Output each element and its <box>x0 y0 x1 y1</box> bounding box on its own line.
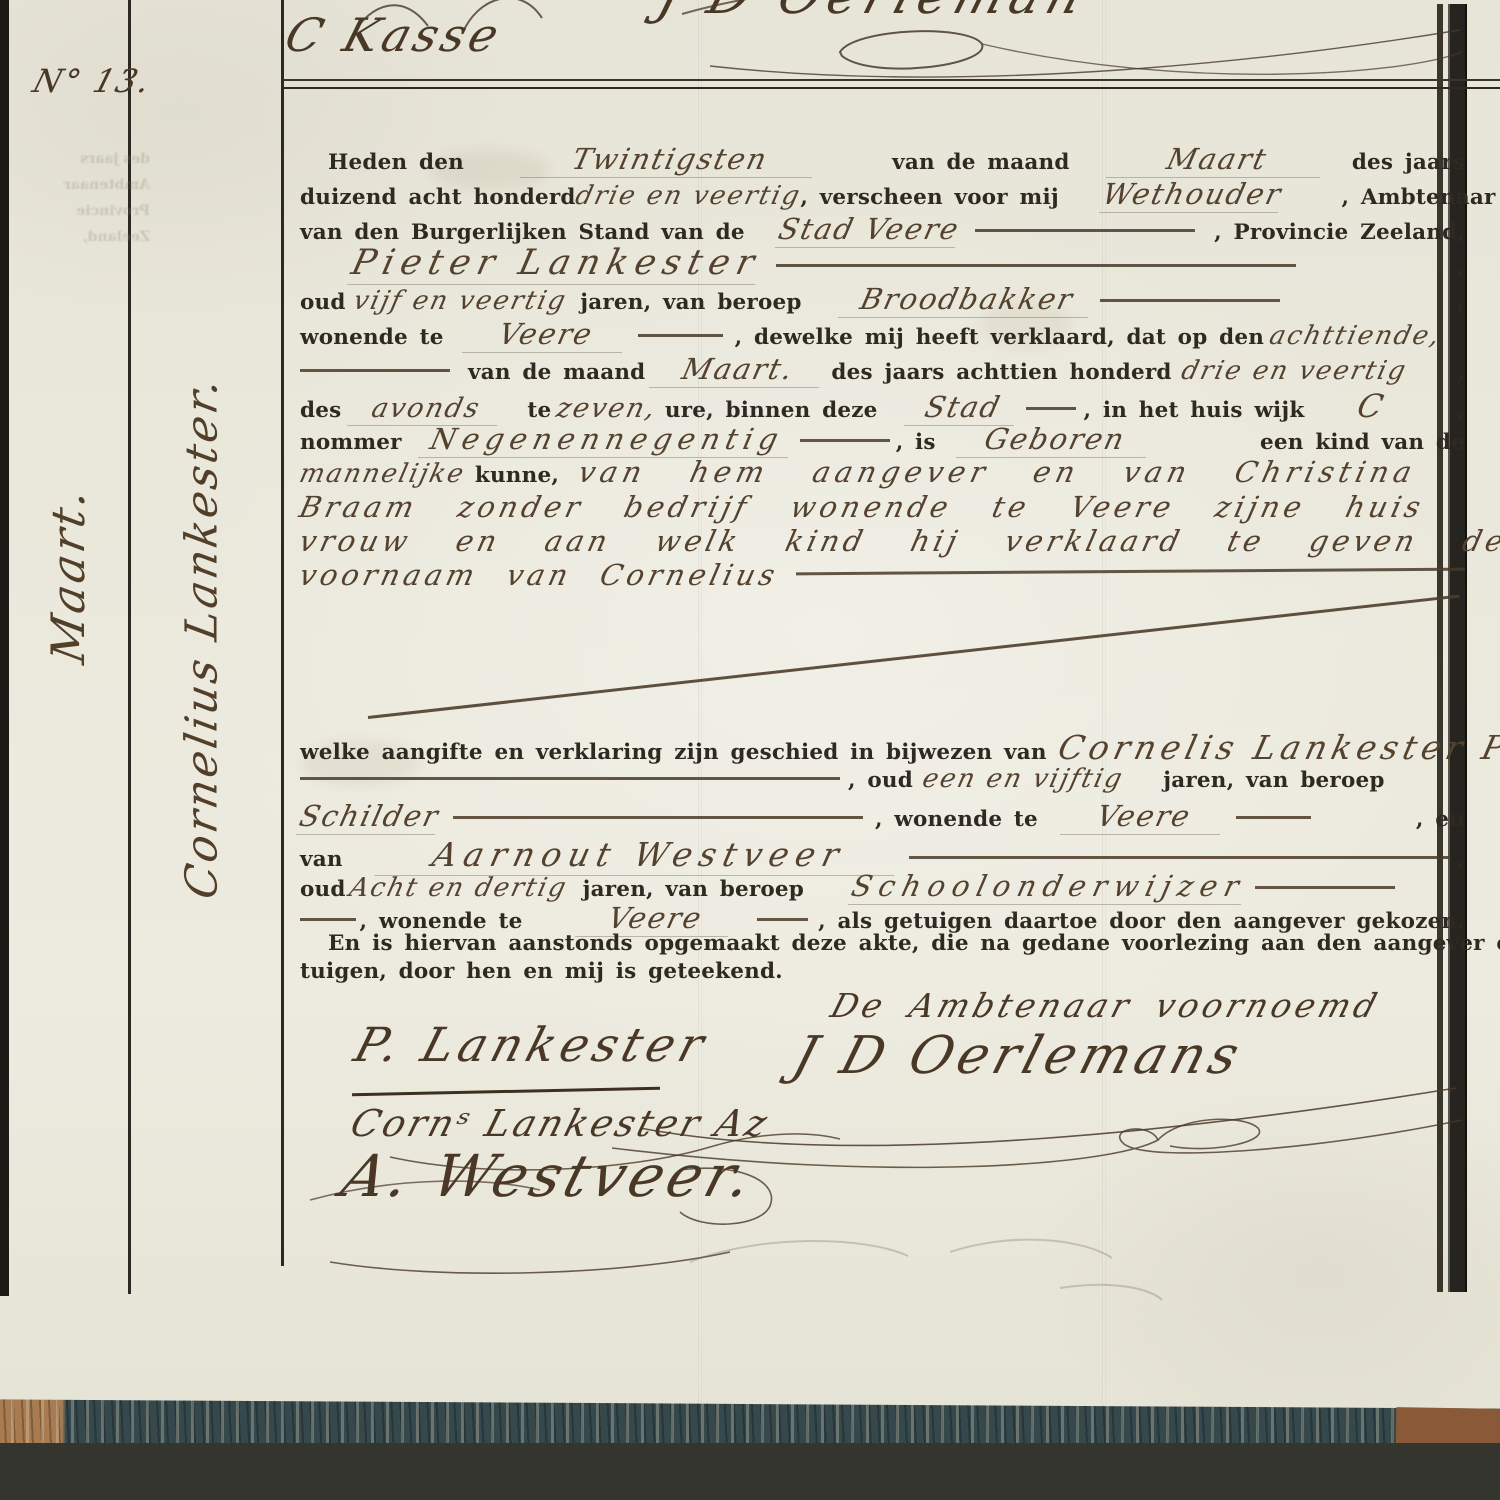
form-line-18: oud Acht en dertig jaren, van beroep Sch… <box>300 869 1465 905</box>
form-line-7: van de maand Maart. des jaars achttien h… <box>300 352 1465 388</box>
print-text: jaren, van beroep <box>583 877 804 902</box>
handwritten-day: Twintigsten <box>520 142 820 178</box>
filler-line <box>757 918 808 921</box>
margin-month-label: Maart. <box>41 390 95 760</box>
handwritten-birth-month: Maart. <box>649 352 827 388</box>
filler-line <box>800 439 890 442</box>
filler-line <box>1255 886 1395 889</box>
filler-line <box>638 334 723 337</box>
print-text: , oud <box>848 768 913 793</box>
previous-act-signature-right: J D Oerleman <box>651 0 1095 26</box>
form-line-11: Braam zonder bedrijf wonende te Veere zi… <box>300 490 1465 524</box>
handwritten-parents: van hem aangever en van Christina <box>575 455 1420 489</box>
print-text: , dewelke mij heeft verklaard, dat op de… <box>735 325 1264 350</box>
filler-line <box>1236 816 1311 819</box>
print-text: , is <box>896 430 936 455</box>
form-line-10: mannelijke kunne, van hem aangever en va… <box>300 455 1465 489</box>
handwritten-birth-day: achttiende, <box>1267 321 1444 351</box>
handwritten-month: Maart <box>1105 142 1328 178</box>
handwritten-hour: zeven, <box>554 393 661 424</box>
handwritten-residence: Veere <box>461 317 629 353</box>
print-text: van de maand <box>468 360 645 385</box>
form-line-14: welke aangifte en verklaring zijn geschi… <box>300 728 1465 767</box>
print-text: , in het huis wijk <box>1084 398 1305 423</box>
scan-backdrop <box>0 1443 1500 1500</box>
filler-line <box>1100 299 1280 302</box>
handwritten-witness2-occupation: Schoolonderwijzer <box>848 869 1249 905</box>
handwritten-declarant-name: Pieter Lankester <box>347 243 765 285</box>
print-text: des jaars <box>1352 150 1465 175</box>
form-line-9: nommer Negenennegentig , is Geboren een … <box>300 422 1465 458</box>
handwritten-place-type: Stad <box>903 390 1021 426</box>
print-text: jaren, van beroep <box>580 290 801 315</box>
handwritten-declaration: vrouw en aan welk kind hij verklaard te … <box>296 524 1500 558</box>
print-text: ure, binnen deze <box>665 398 878 423</box>
print-text: , Ambtenaar <box>1341 185 1495 210</box>
print-text: een kind van de <box>1260 430 1465 455</box>
filler-line <box>300 777 840 780</box>
form-line-4: Pieter Lankester , <box>300 243 1465 285</box>
form-line-2: duizend acht honderd drie en veertig , v… <box>300 177 1465 213</box>
filler-line <box>300 918 356 921</box>
handwritten-occupation: Broodbakker <box>837 282 1095 318</box>
handwritten-mother-details: Braam zonder bedrijf wonende te Veere zi… <box>296 490 1428 524</box>
filler-line <box>796 568 1465 576</box>
print-text: oud <box>300 290 346 315</box>
print-text: jaren, van beroep <box>1163 768 1384 793</box>
filler-line <box>1026 407 1076 410</box>
form-line-13: voornaam van Cornelius <box>300 558 1465 592</box>
handwritten-wijk-letter: C <box>1354 387 1389 425</box>
print-text: , <box>1457 255 1465 280</box>
handwritten-witness1-name: Cornelis Lankester Pz <box>1054 728 1500 767</box>
page-gutter-bar <box>0 0 9 1296</box>
margin-child-name: Cornelius Lankester. <box>177 313 228 962</box>
print-text: , Provincie Zeeland, <box>1214 220 1465 245</box>
handwritten-age: vijf en veertig <box>350 286 570 316</box>
print-text: , <box>1457 290 1465 315</box>
form-line-8: des avonds te zeven, ure, binnen deze St… <box>300 387 1465 426</box>
handwritten-witness1-occupation: Schilder <box>296 799 443 835</box>
print-text: , verscheen voor mij <box>800 185 1058 210</box>
handwritten-official-title: Wethouder <box>1099 177 1286 213</box>
handwritten-witness1-age: een en vijftig <box>920 764 1127 794</box>
form-line-16: Schilder , wonende te Veere , en <box>300 799 1465 835</box>
filler-line <box>909 856 1450 859</box>
margin-rule-line <box>281 0 284 1266</box>
print-text: van de maand <box>892 150 1069 175</box>
handwritten-born-word: Geboren <box>956 422 1154 458</box>
officer-title-handwritten: De Ambtenaar voornoemd <box>826 986 1385 1025</box>
print-text: duizend acht honderd <box>300 185 576 210</box>
pencil-remnant-marks <box>650 1228 1170 1338</box>
form-line-20: En is hiervan aanstonds opgemaakt deze a… <box>300 931 1465 956</box>
print-text: des jaars achttien honderd <box>831 360 1171 385</box>
handwritten-gender: mannelijke <box>297 459 469 489</box>
filler-line <box>300 369 450 372</box>
print-text: Heden den <box>328 150 464 175</box>
print-text: , <box>1457 398 1465 423</box>
print-text: welke aangifte en verklaring zijn geschi… <box>300 740 1047 765</box>
form-line-21: tuigen, door hen en mij is geteekend. <box>300 959 1465 984</box>
act-number: N° 13. <box>29 62 157 100</box>
bleedthrough-text: des jaars Ambtenaar Provincie Zeeland, <box>20 146 150 250</box>
form-line-1: Heden den Twintigsten van de maand Maart… <box>300 142 1465 178</box>
handwritten-year: drie en veertig <box>572 181 804 211</box>
print-text: , wonende te <box>875 807 1038 832</box>
print-text: tuigen, door hen en mij is geteekend. <box>300 959 783 984</box>
handwritten-birth-year: drie en veertig <box>1178 356 1410 386</box>
print-text: oud <box>300 877 346 902</box>
print-text: kunne, <box>475 463 559 488</box>
filler-line <box>776 264 1296 267</box>
form-line-12: vrouw en aan welk kind hij verklaard te … <box>300 524 1465 558</box>
print-text: nommer <box>300 430 402 455</box>
form-line-6: wonende te Veere , dewelke mij heeft ver… <box>300 317 1465 353</box>
handwritten-child-firstname: voornaam van Cornelius <box>296 558 782 592</box>
handwritten-witness1-residence: Veere <box>1060 799 1228 835</box>
form-line-5: oud vijf en veertig jaren, van beroep Br… <box>300 282 1465 318</box>
register-page-scan: des jaars Ambtenaar Provincie Zeeland, C… <box>0 0 1500 1500</box>
print-text: van den Burgerlijken Stand van de <box>300 220 745 245</box>
print-text: , en <box>1416 807 1465 832</box>
filler-line <box>975 229 1195 232</box>
print-text: wonende te <box>300 325 444 350</box>
handwritten-house-number: Negenennegentig <box>418 422 796 458</box>
print-text: te <box>527 398 551 423</box>
filler-line <box>453 816 863 819</box>
form-line-15: , oud een en vijftig jaren, van beroep <box>300 764 1465 794</box>
print-text: des <box>300 398 341 423</box>
print-text: , <box>1457 360 1465 385</box>
print-text: En is hiervan aanstonds opgemaakt deze a… <box>328 931 1500 956</box>
declarant-signature: P. Lankester <box>348 1018 715 1073</box>
handwritten-witness2-age: Acht en dertig <box>346 873 570 903</box>
